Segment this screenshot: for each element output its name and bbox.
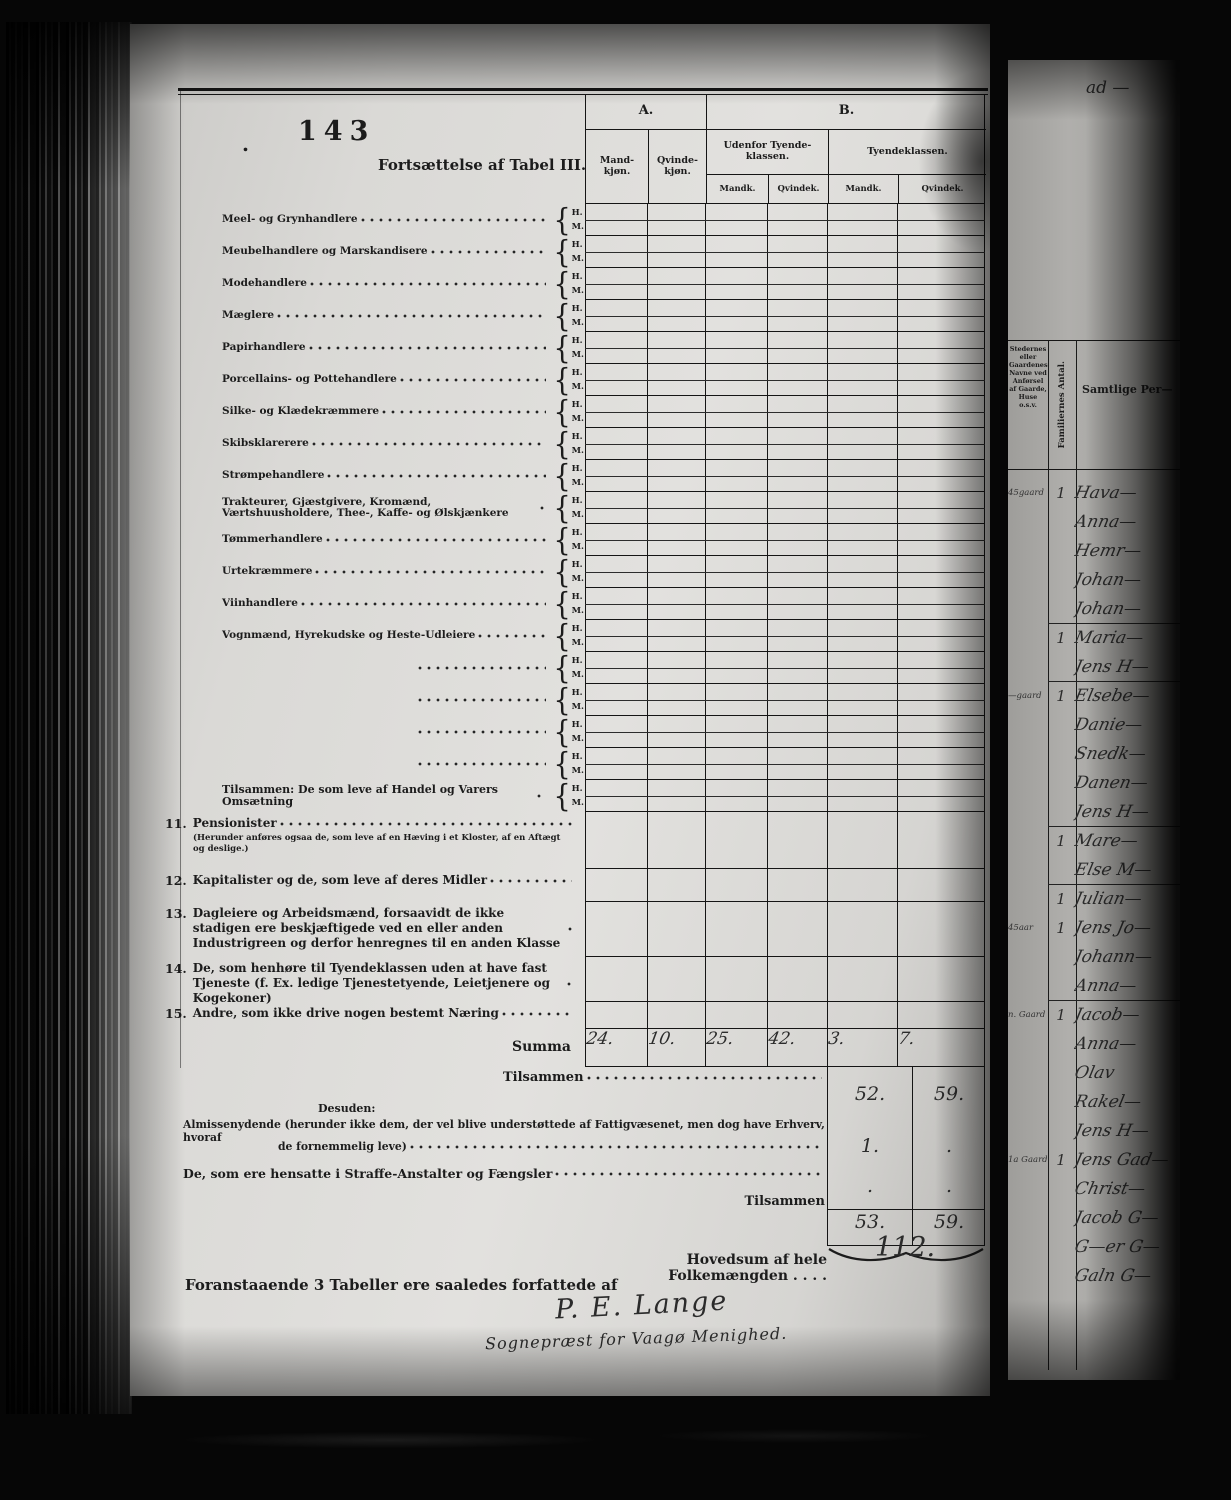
handwritten-value: 53. (828, 1211, 912, 1233)
person-name: Johann— (1073, 947, 1182, 967)
m-sublabel: M. (572, 764, 584, 778)
person-name: Danen— (1073, 773, 1182, 793)
column-header-b: B. (706, 94, 986, 130)
column-header-names: Stedernes eller Gaardenes Navne ved Anfø… (1009, 345, 1047, 409)
brace-glyph: { (553, 364, 570, 395)
trade-label: Silke- og Klædekræmmere (222, 406, 379, 417)
microfilm-scan: . 143 Fortsættelse af Tabel III. A. B. M… (0, 0, 1231, 1500)
brace-glyph: { (553, 460, 570, 491)
h-sublabel: H. (572, 334, 584, 348)
subcolumn-qvindek: Qvindek. (768, 174, 828, 204)
column-header-udenfor-tyendeklassen: Udenfor Tyende-klassen. (706, 130, 828, 174)
grid-cells (585, 748, 985, 780)
table-row: { H. M. (130, 652, 985, 684)
census-entry-row: 1 Maria— (1008, 623, 1180, 652)
trade-label: Tømmerhandlere (222, 534, 323, 545)
trade-label: Urtekræmmere (222, 566, 312, 577)
trade-label: Skibsklarerere (222, 438, 309, 449)
column-header-tyendeklassen: Tyendeklassen. (828, 130, 986, 174)
column-header-samtlige-personer: Samtlige Per— (1082, 383, 1178, 396)
brace-glyph: { (553, 780, 570, 811)
trade-label: Trakteurer, Gjæstgivere, Kromænd, Værtsh… (222, 497, 537, 519)
census-entry-row: —gaard 1 Elsebe— (1008, 681, 1180, 710)
census-entry-row: Galn G— (1008, 1261, 1180, 1290)
m-sublabel: M. (572, 348, 584, 362)
person-name: Maria— (1073, 628, 1182, 648)
dotted-leader (327, 471, 546, 481)
grid-cells (585, 1002, 985, 1029)
table-row: Silke- og Klædekræmmere { H. M. (130, 396, 985, 428)
family-count: 1 (1047, 484, 1075, 502)
brace-glyph: { (553, 652, 570, 683)
table-row: Meubelhandlere og Marskandisere { H. M. (130, 236, 985, 268)
dotted-leader (478, 631, 546, 641)
m-sublabel: M. (572, 252, 584, 266)
h-sublabel: H. (572, 430, 584, 444)
column-header-mandkjon: Mand-kjøn. (586, 130, 648, 204)
item-number: 15. (165, 1006, 187, 1021)
family-count: 1 (1047, 1151, 1075, 1169)
m-sublabel: M. (572, 796, 584, 810)
table-row: 15. Andre, som ikke drive nogen bestemt … (130, 1002, 985, 1029)
census-entry-row: Danen— (1008, 768, 1180, 797)
grid-cells (585, 716, 985, 748)
item-label: Andre, som ikke drive nogen bestemt Næri… (193, 1006, 499, 1021)
right-table-rows: 45gaard 1 Hava— Anna— Hemr— Johan— (1008, 478, 1180, 1290)
m-sublabel: M. (572, 284, 584, 298)
table-row: { H. M. (130, 716, 985, 748)
person-name: Snedk— (1073, 744, 1182, 764)
item-number: 14. (165, 961, 187, 976)
corner-annotation: ad — (1086, 78, 1129, 98)
census-entry-row: n. Gaard 1 Jacob— (1008, 1000, 1180, 1029)
grid-cells (585, 652, 985, 684)
h-sublabel: H. (572, 398, 584, 412)
dotted-leader (400, 375, 546, 385)
person-name: Elsebe— (1073, 686, 1182, 706)
trade-label: Strømpehandlere (222, 470, 324, 481)
table-row: Trakteurer, Gjæstgivere, Kromænd, Værtsh… (130, 492, 985, 524)
grid-cells (585, 902, 985, 957)
trade-label: Papirhandlere (222, 342, 306, 353)
table-row: Strømpehandlere { H. M. (130, 460, 985, 492)
handwritten-value: 10. (644, 1029, 709, 1066)
dotted-leader (280, 819, 572, 829)
m-sublabel: M. (572, 444, 584, 458)
brace-glyph: { (553, 204, 570, 235)
grid-cells (585, 268, 985, 300)
straffe-label: De, som ere hensatte i Straffe-Anstalter… (183, 1166, 552, 1181)
h-sublabel: H. (572, 686, 584, 700)
summa-values: 24.10.25.42.3.7. (585, 1029, 985, 1067)
table-row: Mæglere { H. M. (130, 300, 985, 332)
table-row: Tilsammen: De som leve af Handel og Vare… (130, 780, 985, 812)
dotted-leader (277, 311, 546, 321)
person-name: Danie— (1073, 715, 1182, 735)
place-name: 1a Gaard (1008, 1155, 1047, 1165)
table-body: Meel- og Grynhandlere { H. M. (130, 204, 985, 1067)
dotted-leader (309, 343, 546, 353)
brace-glyph: { (553, 684, 570, 715)
h-sublabel: H. (572, 654, 584, 668)
dotted-leader (410, 1142, 821, 1152)
person-name: Anna— (1073, 1034, 1182, 1054)
dotted-leader (540, 503, 546, 513)
trade-label: Viinhandlere (222, 598, 298, 609)
grid-cells (585, 492, 985, 524)
brace-glyph: { (553, 620, 570, 651)
dotted-leader (326, 535, 546, 545)
item-note: (Herunder anføres ogsaa de, som leve af … (193, 833, 575, 854)
person-name: Hava— (1073, 483, 1182, 503)
census-entry-row: 1a Gaard 1 Jens Gad— (1008, 1145, 1180, 1174)
grid-cells (585, 460, 985, 492)
place-name: 45gaard (1008, 488, 1047, 498)
table-row: Porcellains- og Pottehandlere { H. M. (130, 364, 985, 396)
handwritten-value: 24. (582, 1029, 651, 1066)
grid-cells (585, 300, 985, 332)
grid-cells (585, 869, 985, 902)
census-entry-row: 45aar 1 Jens Jo— (1008, 913, 1180, 942)
family-count: 1 (1047, 629, 1075, 647)
dotted-leader (587, 1073, 822, 1083)
h-sublabel: H. (572, 622, 584, 636)
grid-cells (585, 812, 985, 869)
dotted-leader (418, 759, 546, 769)
table-row: { H. M. (130, 748, 985, 780)
handwritten-value: 42. (764, 1029, 831, 1066)
census-entry-row: G—er G— (1008, 1232, 1180, 1261)
dotted-leader (382, 407, 546, 417)
item-number: 13. (165, 906, 187, 921)
tilsammen2-label: Tilsammen (585, 1194, 825, 1209)
person-name: Hemr— (1073, 541, 1182, 561)
book-page-edges (6, 22, 132, 1414)
right-table-header: Stedernes eller Gaardenes Navne ved Anfø… (1008, 340, 1180, 470)
m-sublabel: M. (572, 412, 584, 426)
grid-cells (585, 684, 985, 716)
person-name: Jens Gad— (1073, 1150, 1182, 1170)
place-name: 45aar (1008, 923, 1047, 933)
grid-cells (585, 236, 985, 268)
handwritten-value: 7. (894, 1029, 989, 1066)
table-row: Viinhandlere { H. M. (130, 588, 985, 620)
family-count: 1 (1047, 1006, 1075, 1024)
brace-glyph: { (553, 428, 570, 459)
person-name: Anna— (1073, 512, 1182, 532)
signature-title: Sognepræst for Vaagø Menighed. (485, 1324, 788, 1354)
census-entry-row: Jacob G— (1008, 1203, 1180, 1232)
m-sublabel: M. (572, 540, 584, 554)
grid-cells (585, 780, 985, 812)
person-name: G—er G— (1073, 1237, 1182, 1257)
census-entry-row: 1 Julian— (1008, 884, 1180, 913)
dotted-leader (567, 979, 572, 989)
dotted-leader (361, 215, 546, 225)
m-sublabel: M. (572, 316, 584, 330)
desuden-label: Desuden: (318, 1102, 375, 1115)
table-row: 13. Dagleiere og Arbeidsmænd, forsaavidt… (130, 902, 985, 957)
m-sublabel: M. (572, 220, 584, 234)
grid-cells (585, 957, 985, 1002)
census-entry-row: Johann— (1008, 942, 1180, 971)
h-sublabel: H. (572, 206, 584, 220)
person-name: Jens H— (1073, 802, 1182, 822)
h-sublabel: H. (572, 750, 584, 764)
h-sublabel: H. (572, 590, 584, 604)
brace-glyph: { (553, 300, 570, 331)
person-name: Mare— (1073, 831, 1182, 851)
table-row: Urtekræmmere { H. M. (130, 556, 985, 588)
dotted-leader (555, 1169, 821, 1179)
brace-glyph: { (553, 524, 570, 555)
handwritten-value: 3. (824, 1029, 901, 1066)
handwritten-value: 59. (912, 1211, 986, 1233)
census-entry-row: 1 Mare— (1008, 826, 1180, 855)
column-header-qvindekjon: Qvinde-kjøn. (648, 130, 706, 204)
m-sublabel: M. (572, 732, 584, 746)
table-row: { H. M. (130, 684, 985, 716)
m-sublabel: M. (572, 604, 584, 618)
census-entry-row: Jens H— (1008, 1116, 1180, 1145)
place-name: —gaard (1008, 691, 1047, 701)
dotted-leader (418, 663, 546, 673)
handwritten-value: 25. (702, 1029, 771, 1066)
brace-glyph: { (553, 748, 570, 779)
film-smudge (120, 1420, 1020, 1460)
grid-cells (585, 204, 985, 236)
grid-cells (585, 364, 985, 396)
census-entry-row: Danie— (1008, 710, 1180, 739)
dotted-leader (537, 791, 546, 801)
place-name: n. Gaard (1008, 1010, 1047, 1020)
person-name: Else M— (1073, 860, 1182, 880)
hovedsum-label: Hovedsum af hele Folkemængden . . . . (585, 1252, 827, 1284)
m-sublabel: M. (572, 636, 584, 650)
subcolumn-mandk: Mandk. (828, 174, 898, 204)
brace-glyph: { (553, 396, 570, 427)
person-name: Jacob— (1073, 1005, 1182, 1025)
census-entry-row: Jens H— (1008, 652, 1180, 681)
family-count: 1 (1047, 687, 1075, 705)
person-name: Rakel— (1073, 1092, 1182, 1112)
grid-cells (585, 620, 985, 652)
item-label: De, som henhøre til Tyendeklassen uden a… (193, 961, 565, 1006)
dotted-leader (418, 695, 546, 705)
table-row: 11. Pensionister (Herunder anføres ogsaa… (130, 812, 985, 869)
person-name: Anna— (1073, 976, 1182, 996)
census-entry-row: Johan— (1008, 594, 1180, 623)
h-sublabel: H. (572, 238, 584, 252)
table-row: Papirhandlere { H. M. (130, 332, 985, 364)
attestation-statement: Foranstaaende 3 Tabeller ere saaledes fo… (185, 1276, 617, 1294)
trade-label: Meel- og Grynhandlere (222, 214, 358, 225)
person-name: Johan— (1073, 599, 1182, 619)
family-count: 1 (1047, 832, 1075, 850)
page-number: 143 (298, 116, 375, 147)
m-sublabel: M. (572, 572, 584, 586)
column-header-a: A. (586, 94, 706, 130)
page-title: Fortsættelse af Tabel III. (378, 156, 586, 174)
person-name: Jens Jo— (1073, 918, 1182, 938)
tilsammen-label: Tilsammen (503, 1070, 584, 1085)
handwritten-value: 59. (912, 1083, 986, 1105)
dotted-leader (301, 599, 546, 609)
subcolumn-mandk: Mandk. (706, 174, 768, 204)
item-number: 12. (165, 873, 187, 888)
person-name: Galn G— (1073, 1266, 1182, 1286)
dotted-leader (431, 247, 546, 257)
dotted-leader (310, 279, 546, 289)
page-mark: . (242, 132, 249, 156)
h-sublabel: H. (572, 718, 584, 732)
h-sublabel: H. (572, 462, 584, 476)
dotted-leader (315, 567, 546, 577)
left-page: . 143 Fortsættelse af Tabel III. A. B. M… (130, 24, 990, 1396)
trade-label: Tilsammen: De som leve af Handel og Vare… (222, 784, 534, 807)
person-name: Jacob G— (1073, 1208, 1182, 1228)
brace-glyph: { (553, 268, 570, 299)
item-number: 11. (165, 816, 187, 831)
grid-cells (585, 396, 985, 428)
item-label: Dagleiere og Arbeidsmænd, forsaavidt de … (193, 906, 566, 951)
table-row: Vognmænd, Hyrekudske og Heste-Udleiere {… (130, 620, 985, 652)
person-name: Jens H— (1073, 657, 1182, 677)
trade-label: Mæglere (222, 310, 274, 321)
handwritten-value: . (912, 1175, 986, 1197)
m-sublabel: M. (572, 476, 584, 490)
trade-label: Porcellains- og Pottehandlere (222, 374, 397, 385)
table-row: 12. Kapitalister og de, som leve af dere… (130, 869, 985, 902)
person-name: Olav (1073, 1063, 1182, 1083)
census-entry-row: Else M— (1008, 855, 1180, 884)
grid-cells (585, 428, 985, 460)
almisse-label-line2: de fornemmelig leve) (278, 1140, 407, 1153)
dotted-leader (418, 727, 546, 737)
brace-glyph: { (553, 492, 570, 523)
person-name: Julian— (1073, 889, 1182, 909)
census-entry-row: Hemr— (1008, 536, 1180, 565)
census-entry-row: Anna— (1008, 971, 1180, 1000)
summa-label: Summa (130, 1029, 585, 1067)
h-sublabel: H. (572, 302, 584, 316)
grid-cells (585, 332, 985, 364)
table-row: 14. De, som henhøre til Tyendeklassen ud… (130, 957, 985, 1002)
m-sublabel: M. (572, 668, 584, 682)
numbered-items: 11. Pensionister (Herunder anføres ogsaa… (130, 812, 985, 1029)
census-entry-row: Jens H— (1008, 797, 1180, 826)
census-entry-row: Rakel— (1008, 1087, 1180, 1116)
brace-glyph: { (553, 716, 570, 747)
person-name: Christ— (1073, 1179, 1182, 1199)
m-sublabel: M. (572, 380, 584, 394)
m-sublabel: M. (572, 508, 584, 522)
family-count: 1 (1047, 919, 1075, 937)
h-sublabel: H. (572, 558, 584, 572)
trade-rows: Meel- og Grynhandlere { H. M. (130, 204, 985, 812)
h-sublabel: H. (572, 782, 584, 796)
dotted-leader (502, 1009, 572, 1019)
h-sublabel: H. (572, 526, 584, 540)
table-row: Skibsklarerere { H. M. (130, 428, 985, 460)
trade-label: Vognmænd, Hyrekudske og Heste-Udleiere (222, 630, 475, 641)
census-entry-row: Johan— (1008, 565, 1180, 594)
h-sublabel: H. (572, 270, 584, 284)
summa-row: Summa 24.10.25.42.3.7. (130, 1029, 985, 1067)
item-label: Pensionister (193, 816, 277, 831)
table-header: A. B. Mand-kjøn. Qvinde-kjøn. Udenfor Ty… (585, 94, 985, 204)
table-row: Tømmerhandlere { H. M. (130, 524, 985, 556)
census-entry-row: Anna— (1008, 1029, 1180, 1058)
brace-glyph: { (553, 556, 570, 587)
subcolumn-qvindek: Qvindek. (898, 174, 986, 204)
grid-cells (585, 524, 985, 556)
dotted-leader (490, 876, 572, 886)
h-sublabel: H. (572, 366, 584, 380)
hovedsum-value: 112. (875, 1232, 935, 1263)
handwritten-value: 1. (828, 1135, 912, 1157)
item-label: Kapitalister og de, som leve af deres Mi… (193, 873, 487, 888)
census-entry-row: Olav (1008, 1058, 1180, 1087)
handwritten-value: 52. (828, 1083, 912, 1105)
handwritten-value: . (828, 1175, 912, 1197)
trade-label: Modehandlere (222, 278, 307, 289)
totals-box: 52. 59. 1. . . . 53. 59. (827, 1067, 985, 1246)
brace-glyph: { (553, 588, 570, 619)
census-entry-row: 45gaard 1 Hava— (1008, 478, 1180, 507)
trade-label: Meubelhandlere og Marskandisere (222, 246, 428, 257)
h-sublabel: H. (572, 494, 584, 508)
census-entry-row: Christ— (1008, 1174, 1180, 1203)
census-entry-row: Anna— (1008, 507, 1180, 536)
dotted-leader (568, 924, 572, 934)
brace-glyph: { (553, 332, 570, 363)
table-row: Meel- og Grynhandlere { H. M. (130, 204, 985, 236)
grid-cells (585, 588, 985, 620)
family-count: 1 (1047, 890, 1075, 908)
table-row: Modehandlere { H. M. (130, 268, 985, 300)
person-name: Jens H— (1073, 1121, 1182, 1141)
dotted-leader (312, 439, 546, 449)
m-sublabel: M. (572, 700, 584, 714)
person-name: Johan— (1073, 570, 1182, 590)
right-page-fragment: ad — Stedernes eller Gaardenes Navne ved… (1008, 60, 1180, 1380)
handwritten-value: . (912, 1135, 986, 1157)
census-entry-row: Snedk— (1008, 739, 1180, 768)
brace-glyph: { (553, 236, 570, 267)
column-header-familiernes-antal: Familiernes Antal. (1057, 361, 1067, 448)
grid-cells (585, 556, 985, 588)
